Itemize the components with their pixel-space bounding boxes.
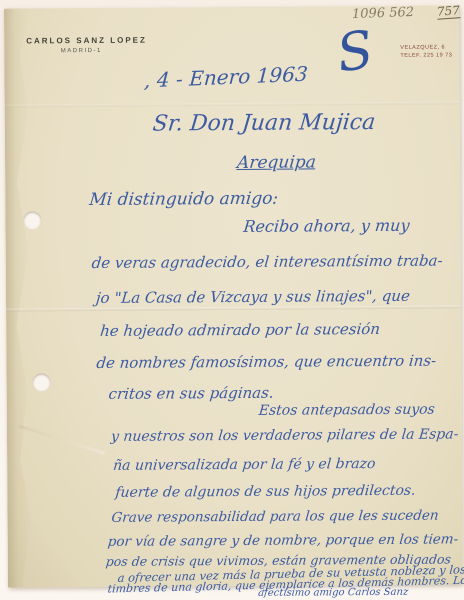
body-line: de nombres famosísimos, que encuentro in… — [96, 352, 438, 372]
body-line: y nuestros son los verdaderos pilares de… — [110, 426, 459, 444]
body-line: por vía de sangre y de nombre, porque en… — [107, 531, 459, 549]
pencil-catalog-number: 1096 562 — [352, 5, 415, 22]
punch-hole-bottom — [33, 373, 51, 391]
body-line: Recibo ahora, y muy — [243, 216, 411, 236]
body-line: critos en sus páginas. — [108, 384, 275, 403]
ink-monogram-s: S — [334, 24, 377, 81]
paper-crease — [6, 305, 461, 311]
letter-paper: CARLOS SANZ LOPEZ MADRID-1 S VELAZQUEZ, … — [4, 5, 463, 587]
body-line: fuerte de algunos de sus hijos predilect… — [115, 483, 417, 501]
torn-paper-edge — [4, 8, 34, 587]
letterhead-phone: TELEF. 225 19 73 — [400, 51, 452, 59]
salutation: Mi distinguido amigo: — [88, 189, 279, 210]
handwritten-date: , 4 - Enero 1963 — [143, 62, 308, 93]
body-line: he hojeado admirado por la sucesión — [99, 320, 381, 340]
body-line: jo "La Casa de Vizcaya y sus linajes", q… — [95, 287, 411, 307]
letterhead-name: CARLOS SANZ LOPEZ — [26, 36, 136, 46]
body-line: de veras agradecido, el interesantísimo … — [91, 252, 444, 272]
body-line: Grave responsabilidad para los que les s… — [111, 508, 440, 526]
scan-background: CARLOS SANZ LOPEZ MADRID-1 S VELAZQUEZ, … — [0, 0, 464, 600]
pencil-corner-number: 757 — [437, 3, 461, 20]
recipient-city: Arequipa — [236, 152, 317, 173]
paper-crease — [5, 101, 460, 107]
letterhead-city: MADRID-1 — [26, 48, 136, 55]
letterhead-address: VELAZQUEZ, 6 TELEF. 225 19 73 — [400, 43, 452, 59]
letterhead: CARLOS SANZ LOPEZ MADRID-1 — [26, 36, 136, 55]
punch-hole-top — [23, 211, 41, 229]
signature-line: afectísimo amigo Carlos Sanz — [258, 587, 409, 599]
body-line: ña universalizada por la fé y el brazo — [112, 456, 376, 474]
recipient-name: Sr. Don Juan Mujica — [152, 110, 377, 137]
body-line: Estos antepasados suyos — [258, 402, 436, 419]
paper-crease — [19, 425, 106, 455]
